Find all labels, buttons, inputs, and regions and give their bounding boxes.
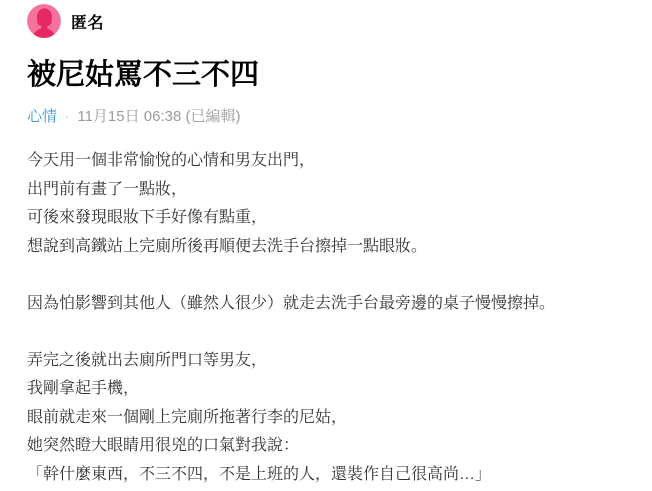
meta-separator-dot: ·: [65, 107, 69, 127]
author-name: 匿名: [71, 10, 104, 33]
post-paragraph: 因為怕影響到其他人（雖然人很少）就走去洗手台最旁邊的桌子慢慢擦掉。: [27, 290, 628, 319]
post-meta: 心情 · 11月15日 06:38 (已編輯): [27, 107, 628, 127]
category-link[interactable]: 心情: [27, 107, 57, 127]
post-paragraph: 弄完之後就出去廁所門口等男友，我剛拿起手機，眼前就走來一個剛上完廁所拖著行李的尼…: [27, 347, 628, 490]
post-title: 被尼姑罵不三不四: [27, 58, 628, 92]
post-paragraph: 今天用一個非常愉悅的心情和男友出門，出門前有畫了一點妝，可後來發現眼妝下手好像有…: [27, 147, 628, 261]
post-header: 匿名: [27, 4, 628, 38]
post-body: 今天用一個非常愉悅的心情和男友出門，出門前有畫了一點妝，可後來發現眼妝下手好像有…: [27, 147, 628, 489]
post-timestamp: 11月15日 06:38 (已編輯): [77, 107, 240, 127]
anonymous-avatar-icon: [27, 4, 61, 38]
post-card: 匿名 被尼姑罵不三不四 心情 · 11月15日 06:38 (已編輯) 今天用一…: [0, 0, 652, 489]
